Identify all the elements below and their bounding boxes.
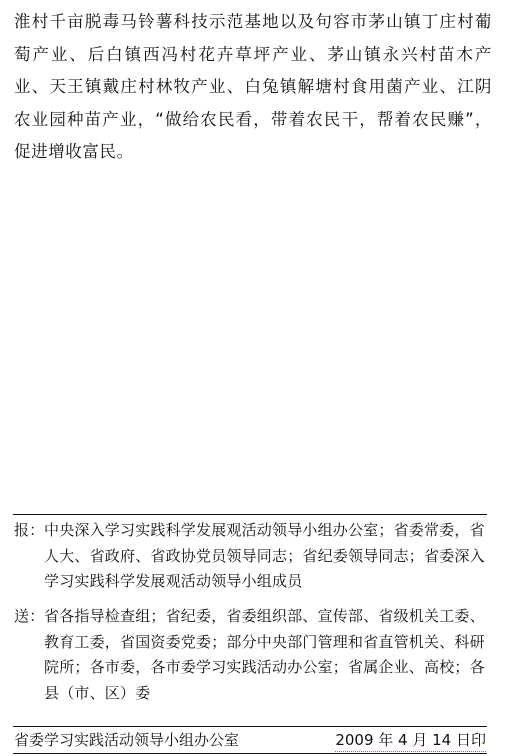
- divider-bottom: [13, 753, 487, 754]
- issuer: 省委学习实践活动领导小组办公室: [14, 729, 239, 752]
- divider-footer: [13, 726, 487, 727]
- send-label: 送：: [14, 604, 44, 706]
- footer: 省委学习实践活动领导小组办公室 2009 年 4 月 14 日印: [14, 729, 486, 752]
- report-to-section: 报： 中央深入学习实践科学发展观活动领导小组办公室；省委常委，省人大、省政府、省…: [14, 518, 492, 595]
- report-recipients: 中央深入学习实践科学发展观活动领导小组办公室；省委常委，省人大、省政府、省政协党…: [44, 518, 492, 595]
- body-paragraph: 淮村千亩脱毒马铃薯科技示范基地以及句容市茅山镇丁庄村葡萄产业、后白镇西冯村花卉草…: [14, 6, 492, 169]
- send-recipients: 省各指导检查组；省纪委，省委组织部、宣传部、省级机关工委、教育工委，省国资委党委…: [44, 604, 492, 706]
- divider-top: [13, 514, 487, 515]
- body-text: 淮村千亩脱毒马铃薯科技示范基地以及句容市茅山镇丁庄村葡萄产业、后白镇西冯村花卉草…: [14, 6, 492, 169]
- print-date: 2009 年 4 月 14 日印: [335, 730, 486, 752]
- report-label: 报：: [14, 518, 44, 595]
- send-to-section: 送： 省各指导检查组；省纪委，省委组织部、宣传部、省级机关工委、教育工委，省国资…: [14, 604, 492, 706]
